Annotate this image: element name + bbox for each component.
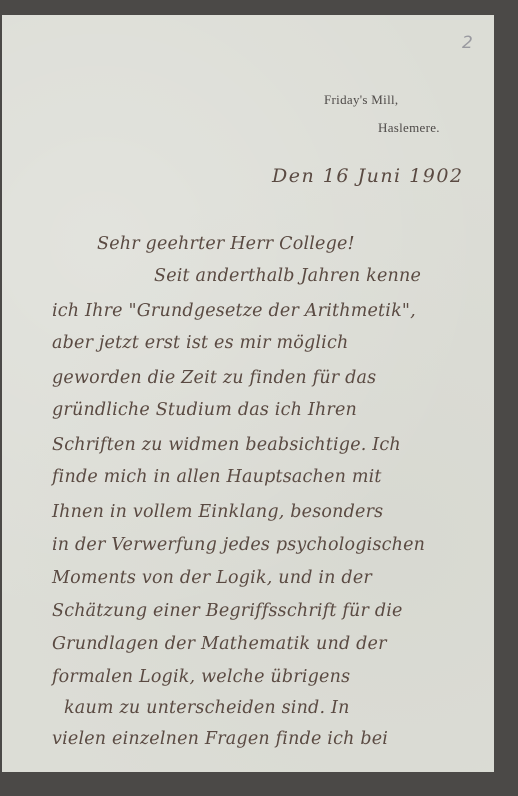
salutation: Sehr geehrter Herr College! [97,234,355,254]
letterhead-address-line-1: Friday's Mill, [324,92,398,108]
body-line: vielen einzelnen Fragen finde ich bei [52,729,388,749]
body-line: gründliche Studium das ich Ihren [52,400,357,420]
body-line: finde mich in allen Hauptsachen mit [52,467,382,487]
body-line: Seit anderthalb Jahren kenne [154,266,421,286]
body-line: Moments von der Logik, und in der [52,568,372,588]
body-line: kaum zu unterscheiden sind. In [64,698,350,718]
body-line: formalen Logik, welche übrigens [52,667,350,687]
letter-page: 2 Friday's Mill, Haslemere. Den 16 Juni … [2,15,494,772]
body-line: Schriften zu widmen beabsichtige. Ich [52,435,401,455]
archive-page-number: 2 [462,33,473,53]
body-line: Ihnen in vollem Einklang, besonders [52,502,383,522]
letterhead-address-line-2: Haslemere. [378,120,440,136]
body-line: geworden die Zeit zu finden für das [52,368,376,388]
body-line: in der Verwerfung jedes psychologischen [52,535,425,555]
body-line: aber jetzt erst ist es mir möglich [52,333,348,353]
body-line: ich Ihre "Grundgesetze der Arithmetik", [52,301,416,321]
body-line: Schätzung einer Begriffsschrift für die [52,601,403,621]
body-line: Grundlagen der Mathematik und der [52,634,387,654]
letter-date: Den 16 Juni 1902 [272,165,464,187]
